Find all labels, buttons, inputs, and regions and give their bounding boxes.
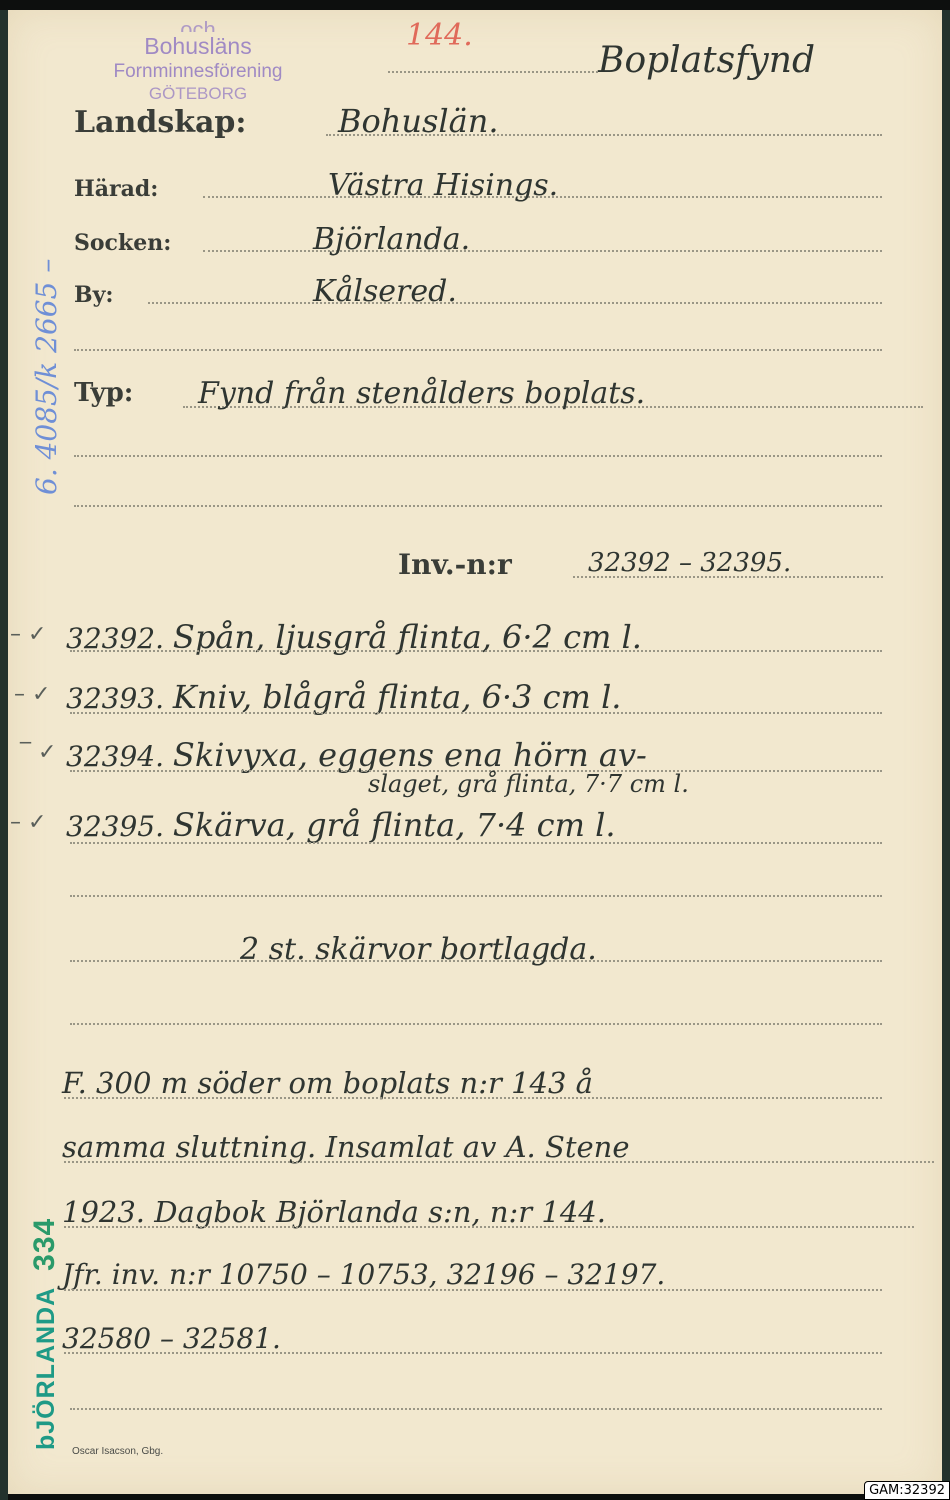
printer-imprint: Oscar Isacson, Gbg.: [72, 1446, 163, 1457]
dotted-line: [64, 1097, 882, 1099]
item-description: Skärva, grå flinta, 7·4 cm l.: [173, 806, 616, 844]
note-line: F. 300 m söder om boplats n:r 143 å: [62, 1066, 593, 1100]
dotted-line: [70, 842, 882, 844]
dotted-line: [148, 302, 882, 304]
item-description-continuation: slaget, grå flinta, 7·7 cm l.: [368, 770, 689, 798]
dotted-line: [74, 505, 882, 507]
item-row: 32393. Kniv, blågrå flinta, 6·3 cm l.: [66, 678, 621, 716]
margin-blue-note: 6. 4085/k 2665 –: [30, 259, 63, 495]
note-line: 1923. Dagbok Björlanda s:n, n:r 144.: [62, 1195, 606, 1229]
item-number: 32393.: [66, 682, 164, 715]
item-row: 32394. Skivyxa, eggens ena hörn av-: [66, 736, 647, 774]
dotted-line: [64, 1161, 934, 1163]
note-line: 32580 – 32581.: [62, 1322, 281, 1355]
item-check-mark: – ✓: [10, 622, 46, 647]
stamp-line-0: och: [48, 20, 348, 32]
by-value: Kålsered.: [313, 274, 457, 309]
stamp-line-1: Bohusläns: [48, 32, 348, 60]
landskap-value: Bohuslän.: [338, 102, 499, 140]
inv-value: 32392 – 32395.: [588, 548, 791, 578]
dotted-line: [388, 71, 598, 73]
note-line: samma sluttning. Insamlat av A. Stene: [62, 1130, 629, 1164]
margin-parish-stamp: bJÖRLANDA334: [28, 1218, 62, 1450]
society-stamp: och Bohusläns Fornminnesförening GÖTEBOR…: [48, 20, 348, 104]
item-check-mark: ‾ ✓: [20, 740, 56, 765]
removed-note: 2 st. skärvor bortlagda.: [240, 932, 597, 967]
landskap-label: Landskap:: [74, 105, 247, 140]
dotted-line: [64, 1352, 882, 1354]
category-heading: Boplatsfynd: [598, 40, 815, 81]
inv-label: Inv.-n:r: [398, 548, 512, 581]
socken-label: Socken:: [74, 230, 171, 256]
harad-label: Härad:: [74, 176, 158, 202]
dotted-line: [70, 712, 882, 714]
dotted-line: [70, 650, 882, 652]
dotted-line: [74, 349, 882, 351]
dotted-line: [74, 455, 882, 457]
item-description: Skivyxa, eggens ena hörn av-: [173, 736, 647, 774]
item-description: Kniv, blågrå flinta, 6·3 cm l.: [173, 678, 622, 716]
red-card-number: 144.: [406, 18, 473, 53]
dotted-line: [70, 1023, 882, 1025]
card-right-edge: [942, 10, 950, 1500]
dotted-line: [64, 1289, 882, 1291]
typ-label: Typ:: [74, 378, 133, 408]
dotted-line: [203, 250, 882, 252]
note-line: Jfr. inv. n:r 10750 – 10753, 32196 – 321…: [62, 1258, 665, 1291]
harad-value: Västra Hisings.: [328, 168, 558, 203]
item-number: 32395.: [66, 810, 164, 843]
dotted-line: [70, 1408, 882, 1410]
typ-value: Fynd från stenålders boplats.: [198, 376, 645, 411]
archive-id-label: GAM:32392: [864, 1481, 950, 1500]
stamp-line-3: GÖTEBORG: [48, 84, 348, 104]
parish-name: bJÖRLANDA: [32, 1287, 60, 1450]
item-check-mark: – ✓: [14, 682, 50, 707]
catalog-card: och Bohusläns Fornminnesförening GÖTEBOR…: [8, 10, 942, 1494]
item-check-mark: – ✓: [10, 810, 46, 835]
stamp-line-2: Fornminnesförening: [48, 60, 348, 84]
parish-number: 334: [28, 1218, 61, 1271]
card-left-edge: [0, 10, 8, 1500]
item-number: 32394.: [66, 740, 164, 773]
by-label: By:: [74, 282, 114, 308]
item-row: 32395. Skärva, grå flinta, 7·4 cm l.: [66, 806, 615, 844]
socken-value: Björlanda.: [313, 222, 470, 257]
dotted-line: [70, 895, 882, 897]
dotted-line: [64, 1226, 914, 1228]
